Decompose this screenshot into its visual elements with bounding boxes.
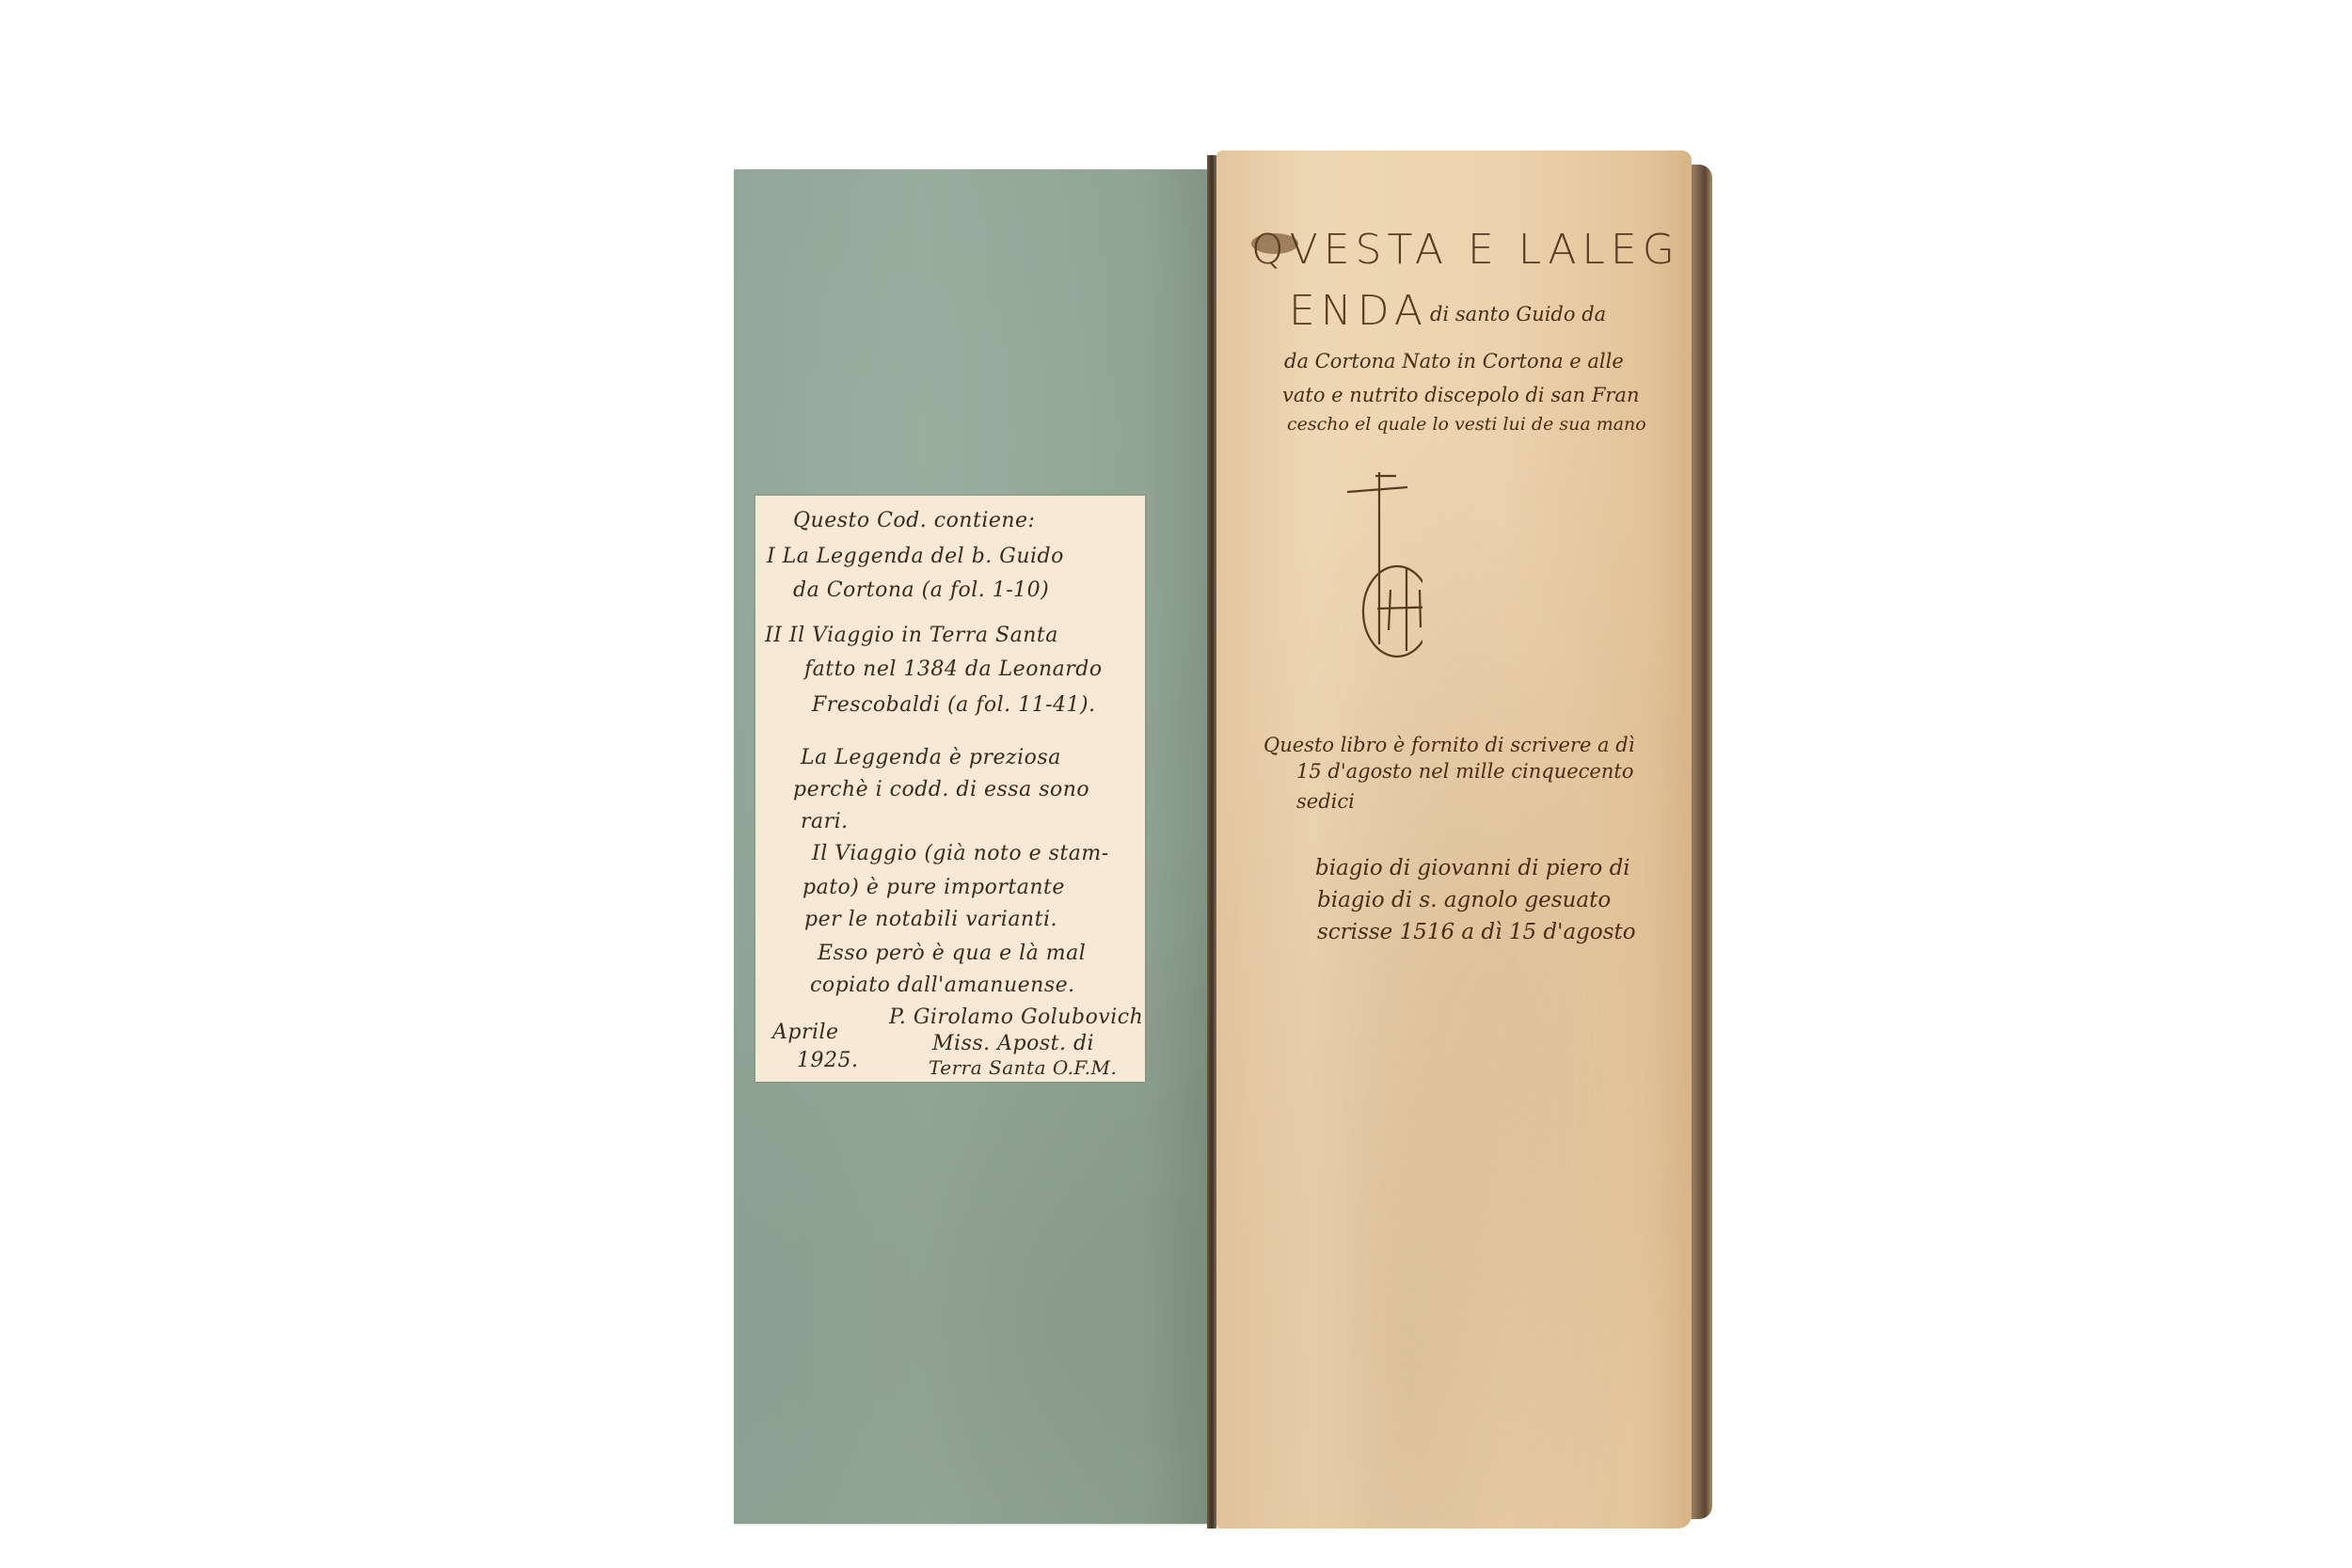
card-line: Esso però è qua e là mal: [818, 942, 1086, 965]
signature-line: P. Girolamo Golubovich: [889, 1006, 1143, 1029]
handwritten-note-card: Questo Cod. contiene: I La Leggenda del …: [755, 496, 1145, 1082]
card-line: II Il Viaggio in Terra Santa: [765, 624, 1058, 647]
card-line: Il Viaggio (già noto e stam-: [812, 842, 1109, 865]
date-line: Aprile: [772, 1021, 839, 1044]
card-line: Frescobaldi (a fol. 11-41).: [812, 693, 1096, 717]
scribe-line: biagio di s. agnolo gesuato: [1317, 888, 1611, 912]
date-line: 1925.: [797, 1049, 858, 1072]
manuscript-title-line1: QVESTA E LALEG: [1251, 226, 1680, 274]
colophon-line: sedici: [1296, 790, 1355, 813]
card-line: fatto nel 1384 da Leonardo: [804, 657, 1103, 681]
colophon-line: 15 d'agosto nel mille cinquecento: [1296, 760, 1633, 783]
card-line: per le notabili varianti.: [804, 908, 1057, 931]
scribe-line: biagio di giovanni di piero di: [1315, 856, 1630, 880]
card-line: perchè i codd. di essa sono: [793, 778, 1089, 801]
cross-monogram-icon: [1347, 461, 1422, 668]
manuscript-heading-line: da Cortona Nato in Cortona e alle: [1284, 350, 1624, 372]
card-line: copiato dall'amanuense.: [810, 974, 1075, 997]
book-spine-gutter: [1207, 155, 1216, 1528]
card-line: rari.: [801, 810, 849, 833]
scribe-line: scrisse 1516 a dì 15 d'agosto: [1317, 920, 1636, 944]
signature-line: Miss. Apost. di: [932, 1032, 1094, 1055]
manuscript-heading-line: cescho el quale lo vesti lui de sua mano: [1287, 414, 1646, 435]
signature-line: Terra Santa O.F.M.: [929, 1056, 1117, 1079]
manuscript-heading-line: vato e nutrito discepolo di san Fran: [1282, 384, 1639, 406]
colophon-line: Questo libro è fornito di scrivere a dì: [1263, 734, 1634, 756]
card-line: Questo Cod. contiene:: [793, 509, 1035, 532]
manuscript-heading-line: di santo Guido da: [1430, 303, 1606, 325]
card-line: da Cortona (a fol. 1-10): [793, 578, 1049, 602]
card-line: La Leggenda è preziosa: [801, 746, 1061, 769]
card-line: pato) è pure importante: [803, 876, 1065, 899]
manuscript-title-line2: ENDA: [1289, 287, 1428, 335]
card-line: I La Leggenda del b. Guido: [767, 545, 1064, 568]
